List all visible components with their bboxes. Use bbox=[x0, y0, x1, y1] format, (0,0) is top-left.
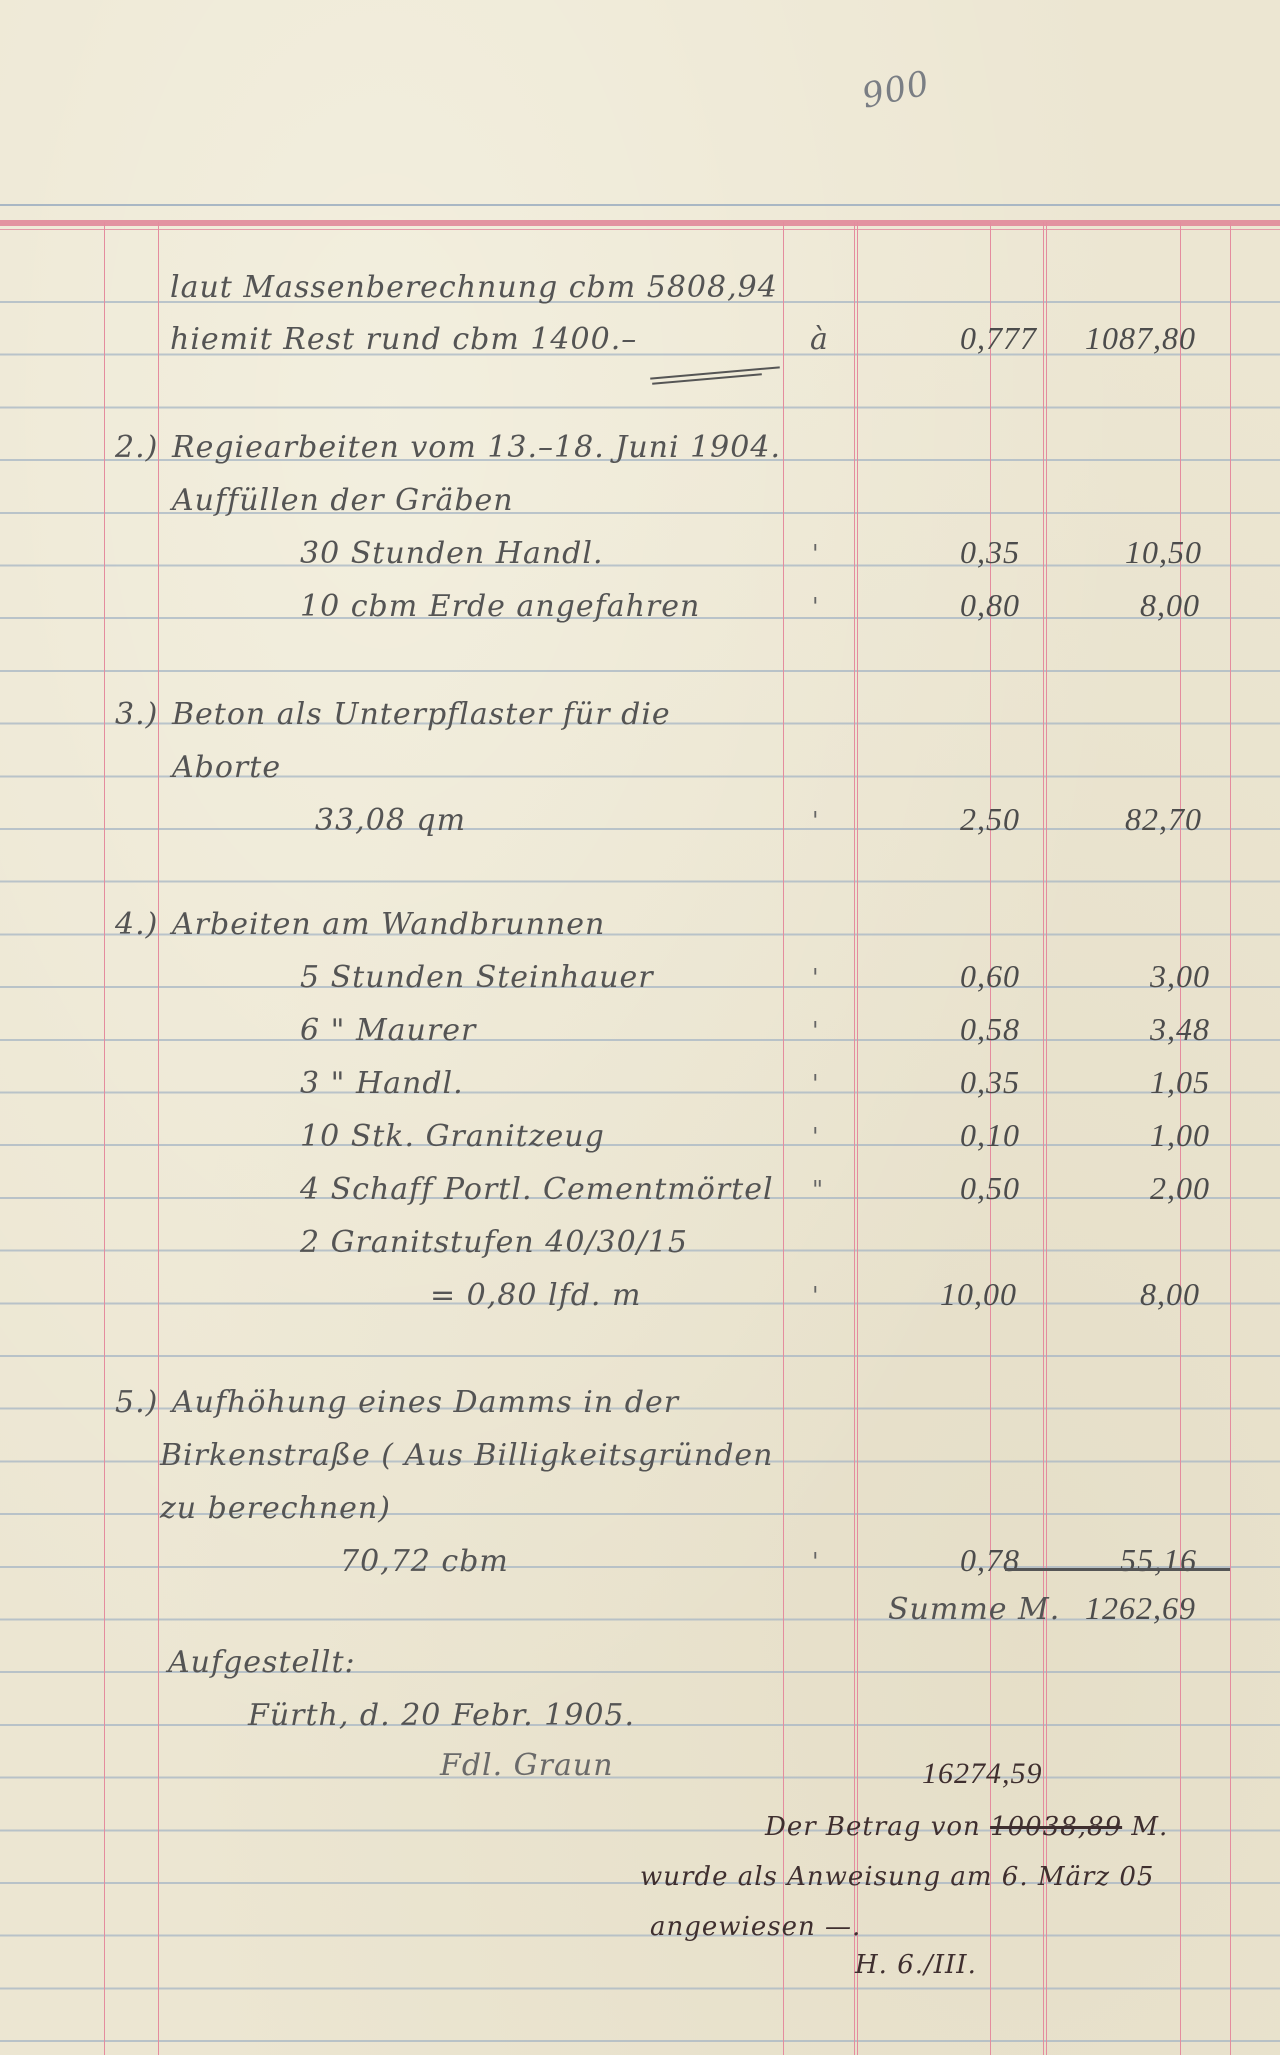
item-4-line-3-text: 3 " Handl. bbox=[300, 1066, 464, 1101]
item-4-line-3-amount: 1,05 bbox=[1150, 1064, 1210, 1101]
ledger-page: 900 laut Massenberechnung cbm 5808,94 hi… bbox=[0, 0, 1280, 2055]
item-2-title: Regiearbeiten vom 13.–18. Juni 1904. bbox=[172, 430, 781, 465]
intro-unit-marker: à bbox=[810, 322, 829, 357]
annotation-corrected-amount: 16274,59 bbox=[922, 1757, 1043, 1791]
intro-amount: 1087,80 bbox=[1085, 320, 1196, 357]
item-3-line-1-price: 2,50 bbox=[960, 801, 1020, 838]
annotation-initials: H. 6./III. bbox=[855, 1950, 977, 1980]
item-3-line-1-amount: 82,70 bbox=[1125, 801, 1202, 838]
item-4-line-4-text: 10 Stk. Granitzeug bbox=[300, 1119, 605, 1154]
column-line-6b bbox=[1046, 222, 1047, 2055]
item-4-line-2-price: 0,58 bbox=[960, 1011, 1020, 1048]
top-red-thin-rule bbox=[0, 229, 1280, 230]
item-4-line-7-text: = 0,80 lfd. m bbox=[430, 1278, 641, 1313]
annotation-line-2: wurde als Anweisung am 6. März 05 bbox=[640, 1862, 1154, 1892]
item-4-line-4-amount: 1,00 bbox=[1150, 1117, 1210, 1154]
item-2-line-2-amount: 8,00 bbox=[1140, 587, 1200, 624]
item-4-line-1-text: 5 Stunden Steinhauer bbox=[300, 960, 654, 995]
item-3-line-1-tick: ' bbox=[812, 807, 820, 835]
signature-name: Fdl. Graun bbox=[440, 1748, 614, 1783]
item-5-line-1-text: 70,72 cbm bbox=[340, 1544, 509, 1579]
column-line-4a bbox=[854, 222, 855, 2055]
item-5-subtitle-2: zu berechnen) bbox=[160, 1491, 391, 1526]
margin-line-1 bbox=[104, 222, 105, 2055]
top-red-double-rule bbox=[0, 220, 1280, 226]
item-4-line-6-text: 2 Granitstufen 40/30/15 bbox=[300, 1225, 688, 1260]
item-5-subtitle: Birkenstraße ( Aus Billigkeitsgründen bbox=[160, 1438, 773, 1473]
intro-unit-price: 0,777 bbox=[960, 320, 1037, 357]
item-4-line-3-tick: ' bbox=[812, 1070, 820, 1098]
annotation-line-3: angewiesen —. bbox=[650, 1912, 861, 1942]
item-5-number: 5.) bbox=[115, 1385, 158, 1420]
item-2-subtitle: Auffüllen der Gräben bbox=[172, 483, 514, 518]
item-3-line-1-text: 33,08 qm bbox=[315, 803, 466, 838]
item-5-line-1-price: 0,78 bbox=[960, 1542, 1020, 1579]
sum-underline bbox=[1005, 1568, 1230, 1571]
item-4-number: 4.) bbox=[115, 907, 158, 942]
intro-line-2: hiemit Rest rund cbm 1400.– bbox=[170, 322, 637, 357]
annotation-line-1: Der Betrag von 10038,89 M. bbox=[765, 1812, 1168, 1842]
item-3-title: Beton als Unterpflaster für die bbox=[172, 697, 671, 732]
item-4-line-5-text: 4 Schaff Portl. Cementmörtel bbox=[300, 1172, 774, 1207]
item-4-line-7-amount: 8,00 bbox=[1140, 1276, 1200, 1313]
total-label: Summe M. bbox=[888, 1592, 1060, 1627]
item-3-subtitle: Aborte bbox=[172, 750, 281, 785]
item-2-line-1-price: 0,35 bbox=[960, 534, 1020, 571]
item-4-line-1-price: 0,60 bbox=[960, 958, 1020, 995]
item-5-title: Aufhöhung eines Damms in der bbox=[172, 1385, 679, 1420]
item-4-line-4-price: 0,10 bbox=[960, 1117, 1020, 1154]
item-4-title: Arbeiten am Wandbrunnen bbox=[172, 907, 605, 942]
item-2-line-1-tick: ' bbox=[812, 540, 820, 568]
column-line-8 bbox=[1230, 222, 1231, 2055]
item-2-line-1-amount: 10,50 bbox=[1125, 534, 1202, 571]
top-blue-rule bbox=[0, 204, 1280, 206]
page-number: 900 bbox=[859, 63, 934, 116]
item-4-line-7-tick: ' bbox=[812, 1282, 820, 1310]
item-2-line-1-text: 30 Stunden Handl. bbox=[300, 536, 603, 571]
annotation-struck-amount: 10038,89 bbox=[990, 1812, 1122, 1842]
annotation-line-1-suffix: M. bbox=[1131, 1812, 1168, 1842]
item-4-line-7-price: 10,00 bbox=[940, 1276, 1017, 1313]
item-5-line-1-amount: 55,16 bbox=[1120, 1542, 1197, 1579]
item-2-line-2-text: 10 cbm Erde angefahren bbox=[300, 589, 700, 624]
item-3-number: 3.) bbox=[115, 697, 158, 732]
item-2-line-2-price: 0,80 bbox=[960, 587, 1020, 624]
item-5-line-1-tick: ' bbox=[812, 1548, 820, 1576]
item-2-number: 2.) bbox=[115, 430, 158, 465]
signature-place-date: Fürth, d. 20 Febr. 1905. bbox=[248, 1698, 635, 1733]
total-amount: 1262,69 bbox=[1085, 1590, 1196, 1627]
signature-heading: Aufgestellt: bbox=[168, 1645, 356, 1680]
item-4-line-5-price: 0,50 bbox=[960, 1170, 1020, 1207]
item-2-line-2-tick: ' bbox=[812, 593, 820, 621]
item-4-line-2-text: 6 " Maurer bbox=[300, 1013, 476, 1048]
item-4-line-2-tick: ' bbox=[812, 1017, 820, 1045]
item-4-line-5-amount: 2,00 bbox=[1150, 1170, 1210, 1207]
annotation-line-1-prefix: Der Betrag von bbox=[765, 1812, 981, 1842]
column-line-3 bbox=[783, 222, 784, 2055]
item-4-line-1-tick: ' bbox=[812, 964, 820, 992]
column-line-4b bbox=[857, 222, 858, 2055]
column-line-6a bbox=[1043, 222, 1044, 2055]
item-4-line-2-amount: 3,48 bbox=[1150, 1011, 1210, 1048]
item-4-line-5-tick: " bbox=[812, 1176, 824, 1204]
margin-line-2 bbox=[158, 222, 159, 2055]
item-4-line-3-price: 0,35 bbox=[960, 1064, 1020, 1101]
item-4-line-4-tick: ' bbox=[812, 1123, 820, 1151]
item-4-line-1-amount: 3,00 bbox=[1150, 958, 1210, 995]
intro-line-1: laut Massenberechnung cbm 5808,94 bbox=[170, 270, 778, 305]
